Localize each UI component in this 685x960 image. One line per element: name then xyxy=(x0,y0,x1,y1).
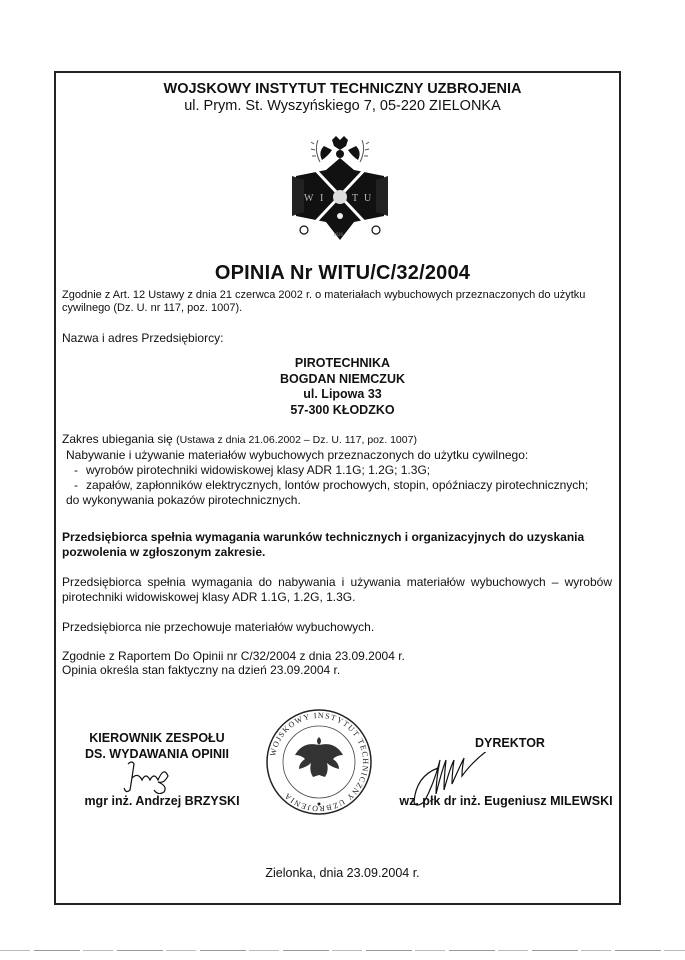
company-city: 57-300 KŁODZKO xyxy=(0,403,685,419)
company-label: Nazwa i adres Przedsiębiorcy: xyxy=(62,331,223,346)
scope-intro: Nabywanie i używanie materiałów wybuchow… xyxy=(62,448,617,463)
svg-text:W: W xyxy=(304,193,314,204)
page-edge-rule xyxy=(0,950,685,951)
witu-emblem-icon: WI TU 1926 xyxy=(284,130,396,248)
institution-address: ul. Prym. St. Wyszyńskiego 7, 05-220 ZIE… xyxy=(0,98,685,114)
svg-text:T: T xyxy=(352,193,358,204)
institution-name: WOJSKOWY INSTYTUT TECHNICZNY UZBROJENIA xyxy=(0,81,685,97)
scope-item: - zapałów, zapłonników elektrycznych, lo… xyxy=(62,478,617,493)
acquire-statement: Przedsiębiorca spełnia wymagania do naby… xyxy=(62,575,612,605)
status-date: Opinia określa stan faktyczny na dzień 2… xyxy=(62,663,340,678)
right-signatory-name: wz. płk dr inż. Eugeniusz MILEWSKI xyxy=(386,794,626,808)
document-title: OPINIA Nr WITU/C/32/2004 xyxy=(0,262,685,285)
scope-label: Zakres ubiegania się xyxy=(62,432,173,446)
company-owner: BOGDAN NIEMCZUK xyxy=(0,372,685,388)
right-signatory-role: DYREKTOR xyxy=(400,736,620,750)
svg-text:I: I xyxy=(320,193,323,204)
scope-item: - wyrobów pirotechniki widowiskowej klas… xyxy=(62,463,617,478)
signature-scribble-icon xyxy=(120,758,200,794)
storage-statement: Przedsiębiorca nie przechowuje materiałó… xyxy=(62,620,374,635)
place-and-date: Zielonka, dnia 23.09.2004 r. xyxy=(0,866,685,880)
conclusion-statement: Przedsiębiorca spełnia wymagania warunkó… xyxy=(62,530,612,560)
scope-legal-ref: (Ustawa z dnia 21.06.2002 – Dz. U. 117, … xyxy=(176,434,417,446)
report-reference: Zgodnie z Raportem Do Opinii nr C/32/200… xyxy=(62,649,405,664)
scope-outro: do wykonywania pokazów pirotechnicznych. xyxy=(62,493,617,508)
scope-heading: Zakres ubiegania się (Ustawa z dnia 21.0… xyxy=(62,432,617,448)
svg-text:1926: 1926 xyxy=(333,233,344,238)
scope-section: Zakres ubiegania się (Ustawa z dnia 21.0… xyxy=(62,432,617,508)
svg-text:U: U xyxy=(364,193,372,204)
official-seal-icon: WOJSKOWY INSTYTUT TECHNICZNY UZBROJENIA xyxy=(264,707,374,817)
left-signatory-name: mgr inż. Andrzej BRZYSKI xyxy=(72,794,252,808)
company-name: PIROTECHNIKA xyxy=(0,356,685,372)
company-block: PIROTECHNIKA BOGDAN NIEMCZUK ul. Lipowa … xyxy=(0,356,685,418)
legal-basis: Zgodnie z Art. 12 Ustawy z dnia 21 czerw… xyxy=(62,289,602,315)
company-street: ul. Lipowa 33 xyxy=(0,387,685,403)
